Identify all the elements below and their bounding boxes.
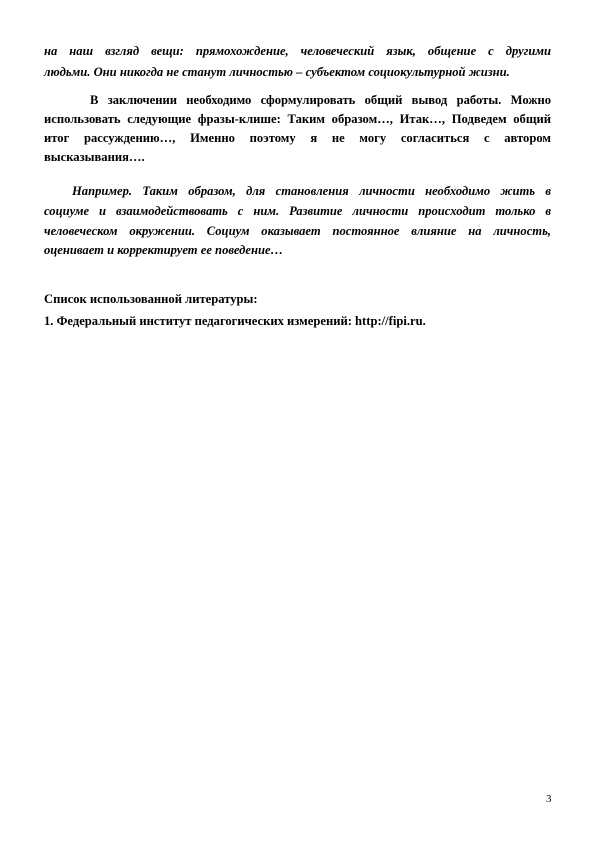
document-page: на наш взгляд вещи: прямохождение, челов… [0,0,595,842]
paragraph-2-line-4: высказывания…. [44,149,551,165]
paragraph-3-line-2: социуме и взаимодействовать с ним. Разви… [44,203,551,219]
paragraph-1-line-1: на наш взгляд вещи: прямохождение, челов… [44,43,551,59]
paragraph-3-line-3: человеческом окружении. Социум оказывает… [44,223,551,239]
paragraph-3-line-1: Например. Таким образом, для становления… [72,183,551,199]
reference-item: 1. Федеральный институт педагогических и… [44,313,551,329]
paragraph-2-line-3: итог рассуждению…, Именно поэтому я не м… [44,130,551,146]
references-heading: Список использованной литературы: [44,291,551,307]
paragraph-2-line-2: использовать следующие фразы-клише: Таки… [44,111,551,127]
page-number: 3 [546,792,552,806]
paragraph-3-line-4: оценивает и корректирует ее поведение… [44,242,551,258]
paragraph-2-line-1: В заключении необходимо сформулировать о… [90,92,551,108]
paragraph-1-line-2: людьми. Они никогда не станут личностью … [44,64,551,80]
